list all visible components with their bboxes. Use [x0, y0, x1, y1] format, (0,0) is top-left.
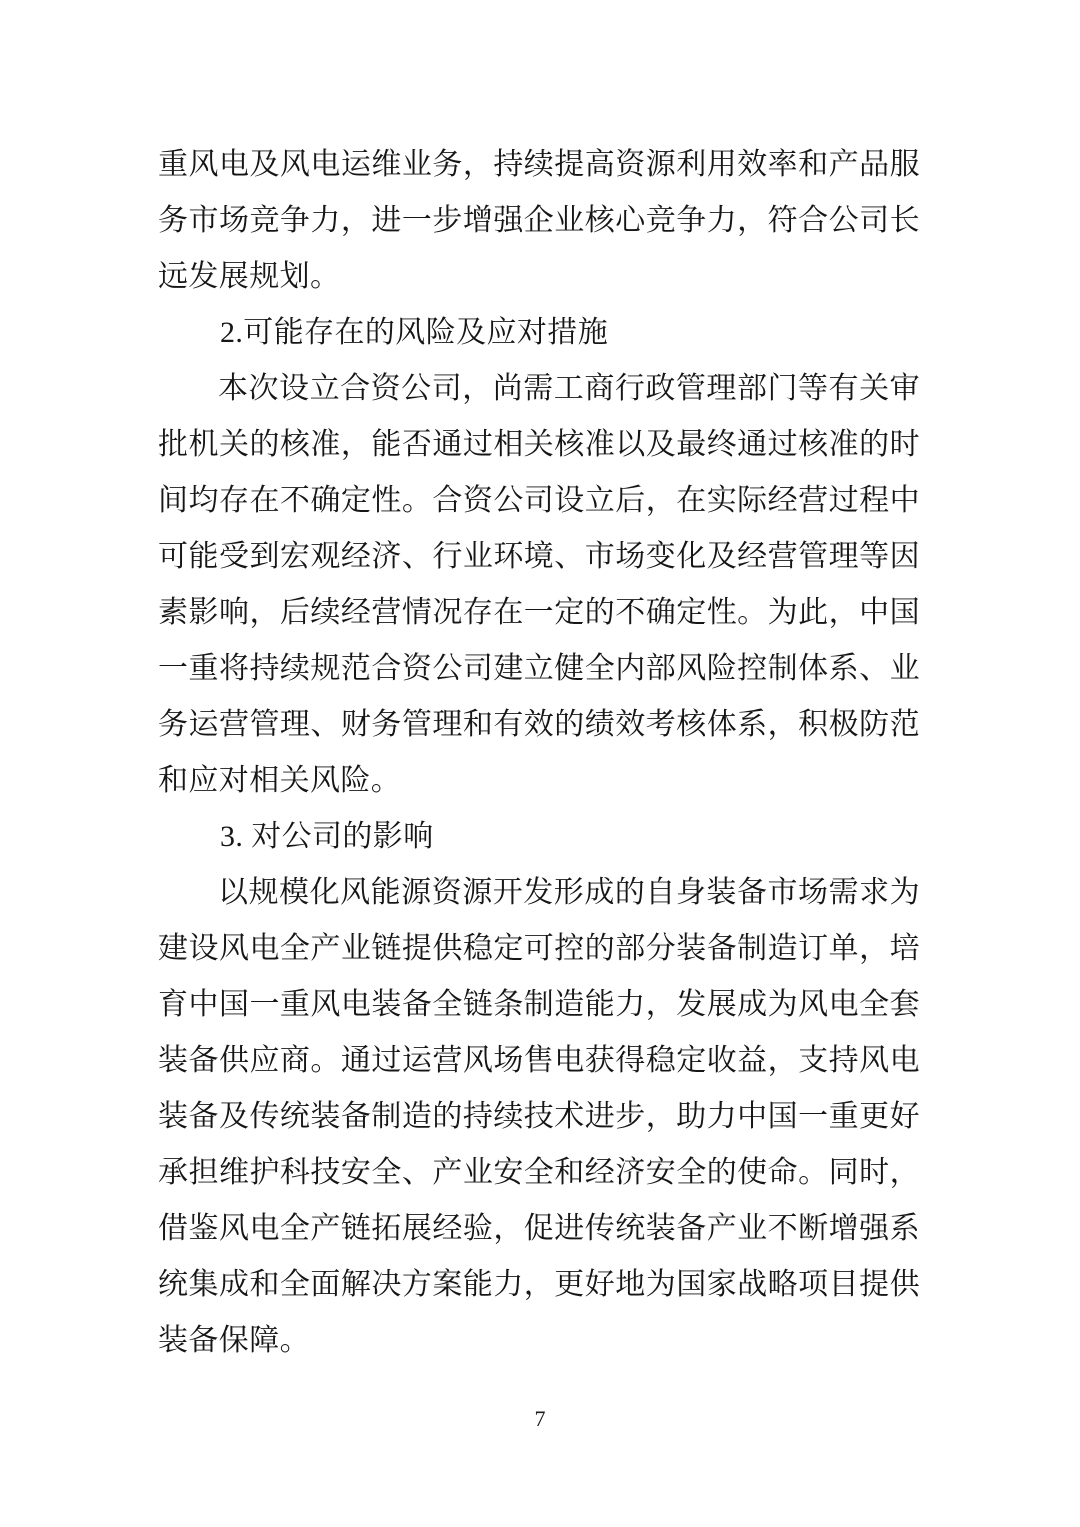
- text-line: 远发展规划。: [158, 249, 920, 305]
- text-line: 装备供应商。通过运营风场售电获得稳定收益，支持风电: [158, 1033, 920, 1089]
- document-body: 重风电及风电运维业务，持续提高资源利用效率和产品服 务市场竞争力，进一步增强企业…: [158, 137, 920, 1369]
- heading-risks: 2.可能存在的风险及应对措施: [158, 305, 920, 361]
- text-line: 和应对相关风险。: [158, 753, 920, 809]
- text-line: 务运营管理、财务管理和有效的绩效考核体系，积极防范: [158, 697, 920, 753]
- text-line: 以规模化风能源资源开发形成的自身装备市场需求为: [158, 865, 920, 921]
- text-line: 务市场竞争力，进一步增强企业核心竞争力，符合公司长: [158, 193, 920, 249]
- text-line: 育中国一重风电装备全链条制造能力，发展成为风电全套: [158, 977, 920, 1033]
- heading-impact: 3. 对公司的影响: [158, 809, 920, 865]
- text-line: 一重将持续规范合资公司建立健全内部风险控制体系、业: [158, 641, 920, 697]
- text-line: 统集成和全面解决方案能力，更好地为国家战略项目提供: [158, 1257, 920, 1313]
- text-line: 本次设立合资公司，尚需工商行政管理部门等有关审: [158, 361, 920, 417]
- text-line: 装备及传统装备制造的持续技术进步，助力中国一重更好: [158, 1089, 920, 1145]
- text-line: 承担维护科技安全、产业安全和经济安全的使命。同时，: [158, 1145, 920, 1201]
- text-line: 建设风电全产业链提供稳定可控的部分装备制造订单，培: [158, 921, 920, 977]
- text-line: 间均存在不确定性。合资公司设立后，在实际经营过程中: [158, 473, 920, 529]
- text-line: 装备保障。: [158, 1313, 920, 1369]
- text-line: 可能受到宏观经济、行业环境、市场变化及经营管理等因: [158, 529, 920, 585]
- text-line: 重风电及风电运维业务，持续提高资源利用效率和产品服: [158, 137, 920, 193]
- text-line: 素影响，后续经营情况存在一定的不确定性。为此，中国: [158, 585, 920, 641]
- page-number: 7: [0, 1404, 1080, 1434]
- text-line: 借鉴风电全产链拓展经验，促进传统装备产业不断增强系: [158, 1201, 920, 1257]
- text-line: 批机关的核准，能否通过相关核准以及最终通过核准的时: [158, 417, 920, 473]
